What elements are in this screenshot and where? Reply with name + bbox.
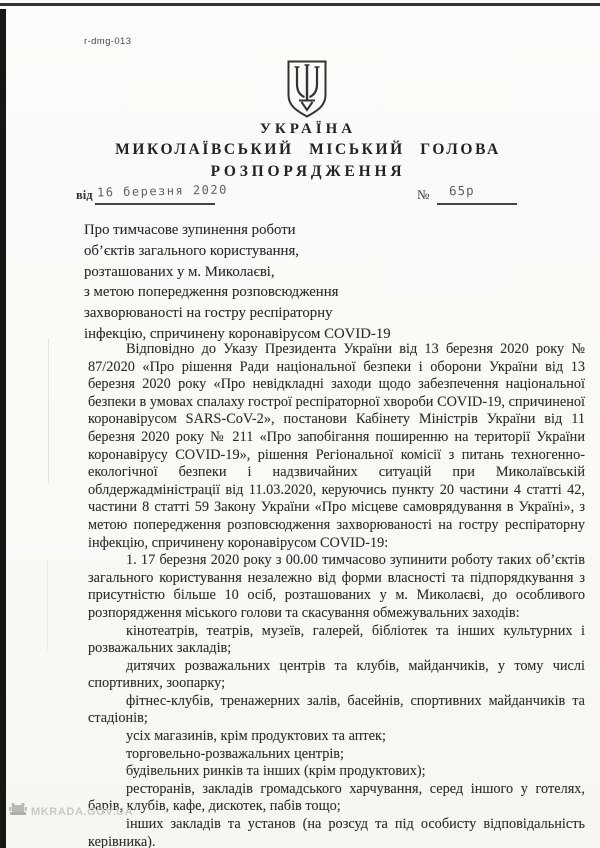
sublist-item: усіх магазинів, крім продуктових та апте… — [88, 728, 585, 746]
number-prefix-label: № — [417, 187, 429, 203]
sublist-item: будівельних ринків та інших (крім продук… — [88, 763, 585, 781]
subject-line: розташованих у м. Миколаєві, — [84, 262, 429, 283]
watermark-text: MKRADA.GOV.UA — [31, 806, 133, 818]
country-name: УКРАЇНА — [20, 121, 596, 138]
scan-artifact-line — [47, 560, 48, 650]
site-watermark: MKRADA.GOV.UA — [8, 801, 133, 823]
document-date-value: 16 березня 2020 — [97, 183, 228, 200]
watermark-logo-icon — [8, 801, 28, 823]
document-number-value: 65р — [449, 183, 475, 198]
document-form-code: r-dmg-013 — [84, 36, 131, 47]
number-underline — [437, 203, 517, 205]
subject-line: об’єктів загального користування, — [84, 241, 429, 262]
subject-line: з метою попередження розповсюдження — [84, 282, 429, 303]
scan-left-edge-bar — [0, 9, 6, 848]
document-type-title: РОЗПОРЯДЖЕННЯ — [20, 163, 596, 181]
sublist-item: дитячих розважальних центрів та клубів, … — [88, 658, 585, 693]
scan-artifact-line — [48, 338, 49, 483]
date-prefix-label: від — [76, 188, 93, 203]
subject-block: Про тимчасове зупинення роботи об’єктів … — [84, 220, 429, 345]
scanned-document-page: r-dmg-013 УКРАЇНА МИКОЛАЇВСЬКИЙ МІСЬКИЙ … — [0, 0, 600, 848]
preamble-paragraph: Відповідно до Указу Президента України в… — [88, 341, 585, 552]
document-body: Відповідно до Указу Президента України в… — [88, 341, 585, 848]
subject-line: Про тимчасове зупинення роботи — [84, 220, 429, 241]
date-underline — [95, 203, 215, 205]
sublist-item: кінотеатрів, театрів, музеїв, галерей, б… — [88, 623, 585, 658]
sublist-item: ресторанів, закладів громадського харчув… — [88, 781, 585, 816]
subject-line: захворюваності на гостру респіраторну — [84, 303, 429, 324]
sublist-item: інших закладів та установ (на розсуд та … — [88, 816, 585, 848]
scan-top-edge-line — [0, 3, 600, 6]
ukraine-trident-icon — [284, 59, 330, 119]
sublist-item: фітнес-клубів, тренажерних залів, басейн… — [88, 693, 585, 728]
item-1-paragraph: 1. 17 березня 2020 року з 00.00 тимчасов… — [88, 552, 585, 622]
issuing-authority-name: МИКОЛАЇВСЬКИЙ МІСЬКИЙ ГОЛОВА — [20, 141, 596, 159]
sublist-item: торговельно-розважальних центрів; — [88, 746, 585, 764]
